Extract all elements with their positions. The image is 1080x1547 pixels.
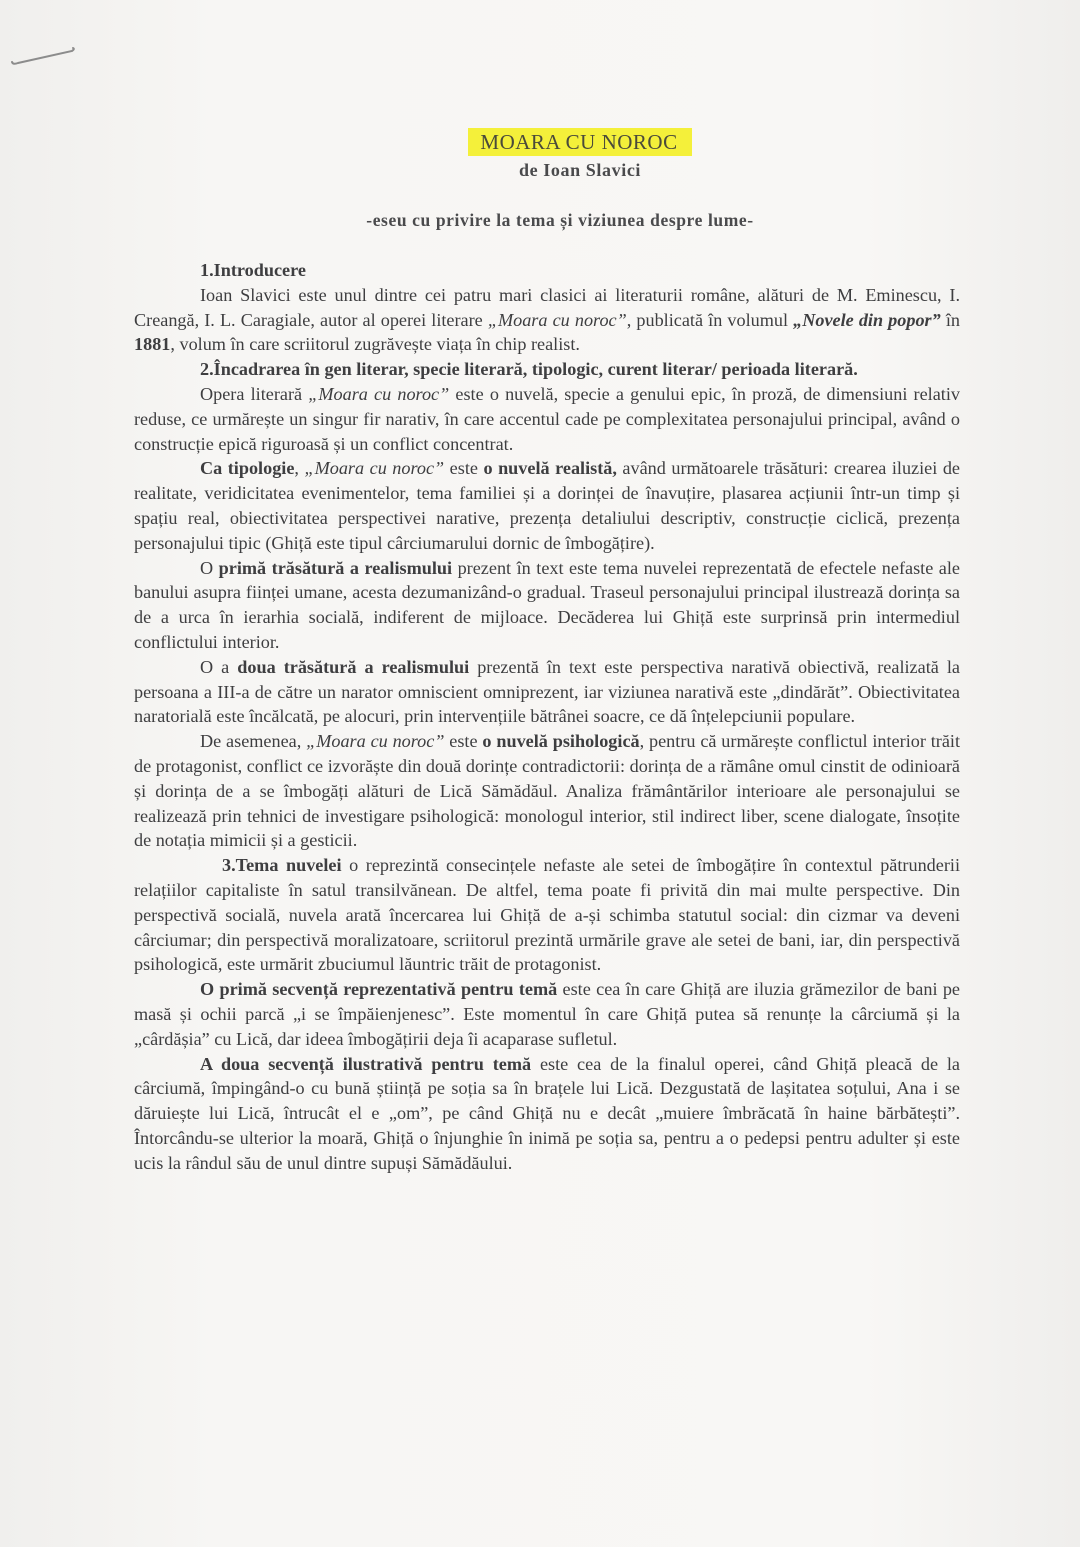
title-block: MOARA CU NOROC de Ioan Slavici [0,128,1080,181]
paragraph-theme: 3.Tema nuvelei o reprezintă consecințele… [134,853,960,977]
text-run: este [444,731,482,751]
text-run: Opera literară [200,384,308,404]
document-subtitle: -eseu cu privire la tema și viziunea des… [0,210,1080,231]
bold-phrase: o nuvelă realistă, [483,458,616,478]
text-run: De asemenea, [200,731,306,751]
text-run: , [294,458,304,478]
paragraph-introduction: Ioan Slavici este unul dintre cei patru … [134,283,960,357]
bold-phrase: o nuvelă psihologică [482,731,639,751]
section-heading-introduction: 1.Introducere [134,258,960,283]
section-heading-theme: 3.Tema nuvelei [222,855,342,875]
document-title: MOARA CU NOROC [468,128,691,156]
essay-body: 1.Introducere Ioan Slavici este unul din… [134,258,960,1175]
paragraph-second-realism-trait: O a doua trăsătură a realismului prezent… [134,655,960,729]
volume-title: „Novele din popor” [793,310,941,330]
bold-phrase: O primă secvență reprezentativă pentru t… [200,979,557,999]
text-run: O a [200,657,237,677]
work-title: „Moara cu noroc” [306,731,444,751]
document-author: de Ioan Slavici [80,160,1080,181]
text-run: în [941,310,960,330]
paragraph-typology: Ca tipologie, „Moara cu noroc” este o nu… [134,456,960,555]
work-title: „Moara cu noroc” [304,458,444,478]
text-run: , volum în care scriitorul zugrăvește vi… [170,334,580,354]
text-run: O [200,558,219,578]
paragraph-genre: Opera literară „Moara cu noroc” este o n… [134,382,960,456]
pen-stroke-mark [10,46,76,66]
scanned-page: MOARA CU NOROC de Ioan Slavici -eseu cu … [0,0,1080,1547]
section-heading-genre: 2.Încadrarea în gen literar, specie lite… [134,357,960,382]
text-run: este [444,458,483,478]
bold-phrase: primă trăsătură a realismului [219,558,452,578]
text-run: , publicată în volumul [627,310,793,330]
bold-phrase: doua trăsătură a realismului [237,657,469,677]
paragraph-first-sequence: O primă secvență reprezentativă pentru t… [134,977,960,1051]
paragraph-psychological: De asemenea, „Moara cu noroc” este o nuv… [134,729,960,853]
bold-lead: Ca tipologie [200,458,294,478]
work-title: „Moara cu noroc” [308,384,449,404]
paragraph-second-sequence: A doua secvență ilustrativă pentru temă … [134,1052,960,1176]
work-title: „Moara cu noroc” [488,310,627,330]
publication-year: 1881 [134,334,170,354]
bold-phrase: A doua secvență ilustrativă pentru temă [200,1054,531,1074]
paragraph-first-realism-trait: O primă trăsătură a realismului prezent … [134,556,960,655]
